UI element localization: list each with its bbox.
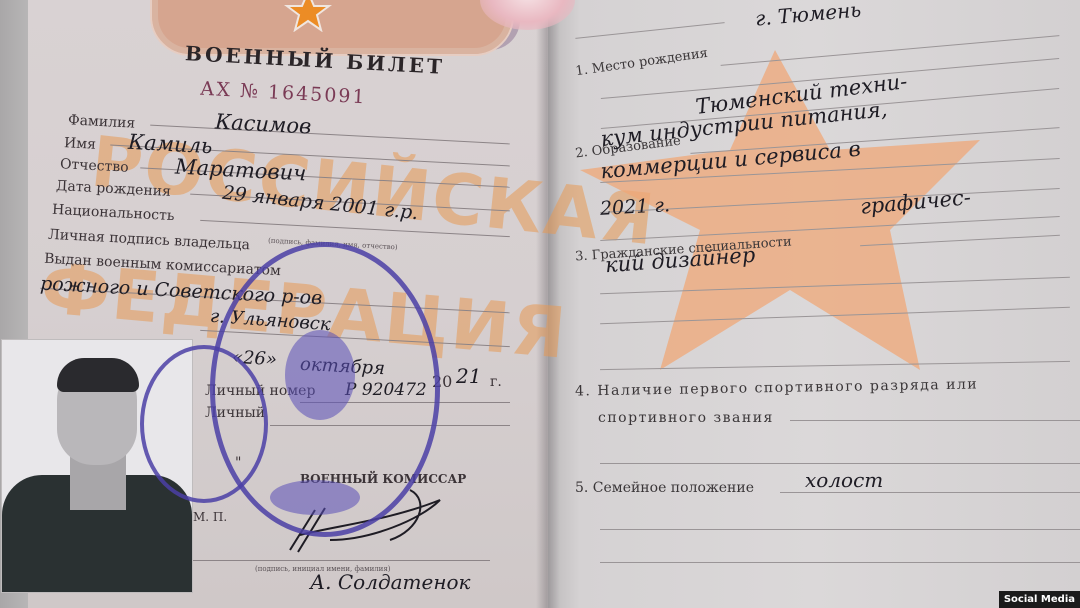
credit-badge: Social Media: [999, 591, 1080, 608]
rule: [600, 562, 1080, 563]
rule: [790, 420, 1080, 421]
seal-label: М. П.: [193, 510, 227, 524]
issue-year-suffix: г.: [490, 374, 502, 390]
value-surname: Касимов: [214, 109, 311, 138]
value-education-4: 2021 г.: [599, 194, 670, 220]
value-marital-status: холост: [805, 468, 883, 492]
value-name: Камиль: [127, 130, 213, 158]
rule: [600, 529, 1080, 530]
label-marital-status: 5. Семейное положение: [575, 480, 754, 496]
photo-stamp: [140, 345, 268, 503]
label-surname: Фамилия: [68, 112, 136, 131]
label-sport-rank-2: спортивного звания: [598, 410, 774, 426]
rule: [780, 492, 1080, 493]
stamp-emblem: [285, 330, 355, 420]
label-name: Имя: [64, 135, 97, 153]
star-icon: [283, 0, 333, 32]
stamp-blot: [270, 480, 360, 515]
issue-year: 21: [456, 364, 481, 388]
rule: [190, 560, 490, 561]
commissar-name: А. Солдатенок: [310, 570, 471, 594]
rule: [600, 463, 1080, 464]
